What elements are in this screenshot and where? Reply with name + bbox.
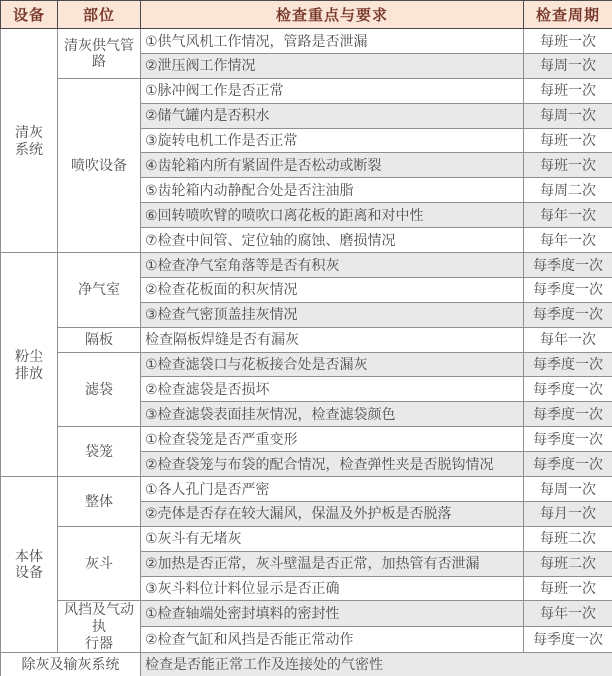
header-part: 部位 [58,1,141,29]
part-cell: 袋笼 [58,427,141,477]
period-cell: 每季度一次 [524,452,612,477]
period-cell: 每班二次 [524,526,612,551]
item-cell: ①供气风机工作情况，管路是否泄漏 [141,29,524,54]
period-cell: 每周一次 [524,477,612,502]
period-cell: 每班一次 [524,29,612,54]
period-cell: 每周一次 [524,103,612,128]
equipment-cell: 本体 设备 [1,477,58,653]
item-cell: ①各人孔门是否严密 [141,477,524,502]
inspection-table: 设备 部位 检查重点与要求 检查周期 清灰 系统 清灰供气管 路 ①供气风机工作… [0,0,612,676]
item-cell: ②壳体是否存在较大漏风，保温及外护板是否脱落 [141,501,524,526]
item-cell: ⑥回转喷吹臂的喷吹口离花板的距离和对中性 [141,203,524,228]
table-row: 袋笼 ①检查袋笼是否严重变形 每季度一次 [1,427,612,452]
period-cell: 每周二次 [524,178,612,203]
table-row: 清灰 系统 清灰供气管 路 ①供气风机工作情况，管路是否泄漏 每班一次 [1,29,612,54]
period-cell: 每季度一次 [524,352,612,377]
period-cell: 每月一次 [524,501,612,526]
item-cell: ②检查花板面的积灰情况 [141,277,524,302]
footer-item-cell: 检查是否能正常工作及连接处的气密性 [141,652,612,676]
table-row: 滤袋 ①检查滤袋口与花板接合处是否漏灰 每季度一次 [1,352,612,377]
header-row: 设备 部位 检查重点与要求 检查周期 [1,1,612,29]
period-cell: 每季度一次 [524,377,612,402]
table-row: 风挡及气动执 行器 ①检查轴端处密封填料的密封性 每年一次 [1,601,612,627]
item-cell: ①灰斗有无堵灰 [141,526,524,551]
part-cell: 净气室 [58,253,141,328]
period-cell: 每季度一次 [524,402,612,427]
period-cell: 每季度一次 [524,277,612,302]
item-cell: ①脉冲阀工作是否正常 [141,78,524,103]
header-focus: 检查重点与要求 [141,1,524,29]
part-cell: 灰斗 [58,526,141,601]
item-cell: ②泄压阀工作情况 [141,53,524,78]
table-row: 隔板 检查隔板焊缝是否有漏灰 每年一次 [1,327,612,352]
table-row: 本体 设备 整体 ①各人孔门是否严密 每周一次 [1,477,612,502]
item-cell: 检查隔板焊缝是否有漏灰 [141,327,524,352]
item-cell: ①检查轴端处密封填料的密封性 [141,601,524,627]
inspection-checklist-page: 设备 部位 检查重点与要求 检查周期 清灰 系统 清灰供气管 路 ①供气风机工作… [0,0,612,676]
item-cell: ④齿轮箱内所有紧固件是否松动或断裂 [141,153,524,178]
item-cell: ①检查净气室角落等是否有积灰 [141,253,524,278]
period-cell: 每年一次 [524,228,612,253]
part-cell: 喷吹设备 [58,78,141,252]
item-cell: ②检查滤袋是否损坏 [141,377,524,402]
item-cell: ②储气罐内是否积水 [141,103,524,128]
footer-system-cell: 除灰及输灰系统 [1,652,141,676]
period-cell: 每班一次 [524,576,612,601]
part-cell: 清灰供气管 路 [58,29,141,79]
table-row: 粉尘 排放 净气室 ①检查净气室角落等是否有积灰 每季度一次 [1,253,612,278]
item-cell: ②检查气缸和风挡是否能正常动作 [141,627,524,653]
period-cell: 每季度一次 [524,302,612,327]
table-row: 灰斗 ①灰斗有无堵灰 每班二次 [1,526,612,551]
item-cell: ③灰斗料位计料位显示是否正确 [141,576,524,601]
item-cell: ③旋转电机工作是否正常 [141,128,524,153]
period-cell: 每年一次 [524,203,612,228]
period-cell: 每年一次 [524,327,612,352]
header-equipment: 设备 [1,1,58,29]
table-row: 喷吹设备 ①脉冲阀工作是否正常 每班一次 [1,78,612,103]
period-cell: 每班一次 [524,153,612,178]
part-cell: 风挡及气动执 行器 [58,601,141,652]
item-cell: ③检查气密顶盖挂灰情况 [141,302,524,327]
item-cell: ②检查袋笼与布袋的配合情况，检查弹性夹是否脱钩情况 [141,452,524,477]
period-cell: 每季度一次 [524,253,612,278]
table-row: 除灰及输灰系统 检查是否能正常工作及连接处的气密性 [1,652,612,676]
period-cell: 每年一次 [524,601,612,627]
equipment-cell: 粉尘 排放 [1,253,58,477]
item-cell: ①检查袋笼是否严重变形 [141,427,524,452]
period-cell: 每周一次 [524,53,612,78]
period-cell: 每季度一次 [524,627,612,653]
header-period: 检查周期 [524,1,612,29]
part-cell: 隔板 [58,327,141,352]
part-cell: 滤袋 [58,352,141,427]
period-cell: 每班一次 [524,78,612,103]
item-cell: ⑤齿轮箱内动静配合处是否注油脂 [141,178,524,203]
period-cell: 每季度一次 [524,427,612,452]
period-cell: 每班一次 [524,128,612,153]
period-cell: 每班二次 [524,551,612,576]
equipment-cell: 清灰 系统 [1,29,58,253]
item-cell: ②加热是否正常，灰斗壁温是否正常，加热管有否泄漏 [141,551,524,576]
item-cell: ⑦检查中间管、定位轴的腐蚀、磨损情况 [141,228,524,253]
part-cell: 整体 [58,477,141,527]
item-cell: ③检查滤袋表面挂灰情况，检查滤袋颜色 [141,402,524,427]
item-cell: ①检查滤袋口与花板接合处是否漏灰 [141,352,524,377]
